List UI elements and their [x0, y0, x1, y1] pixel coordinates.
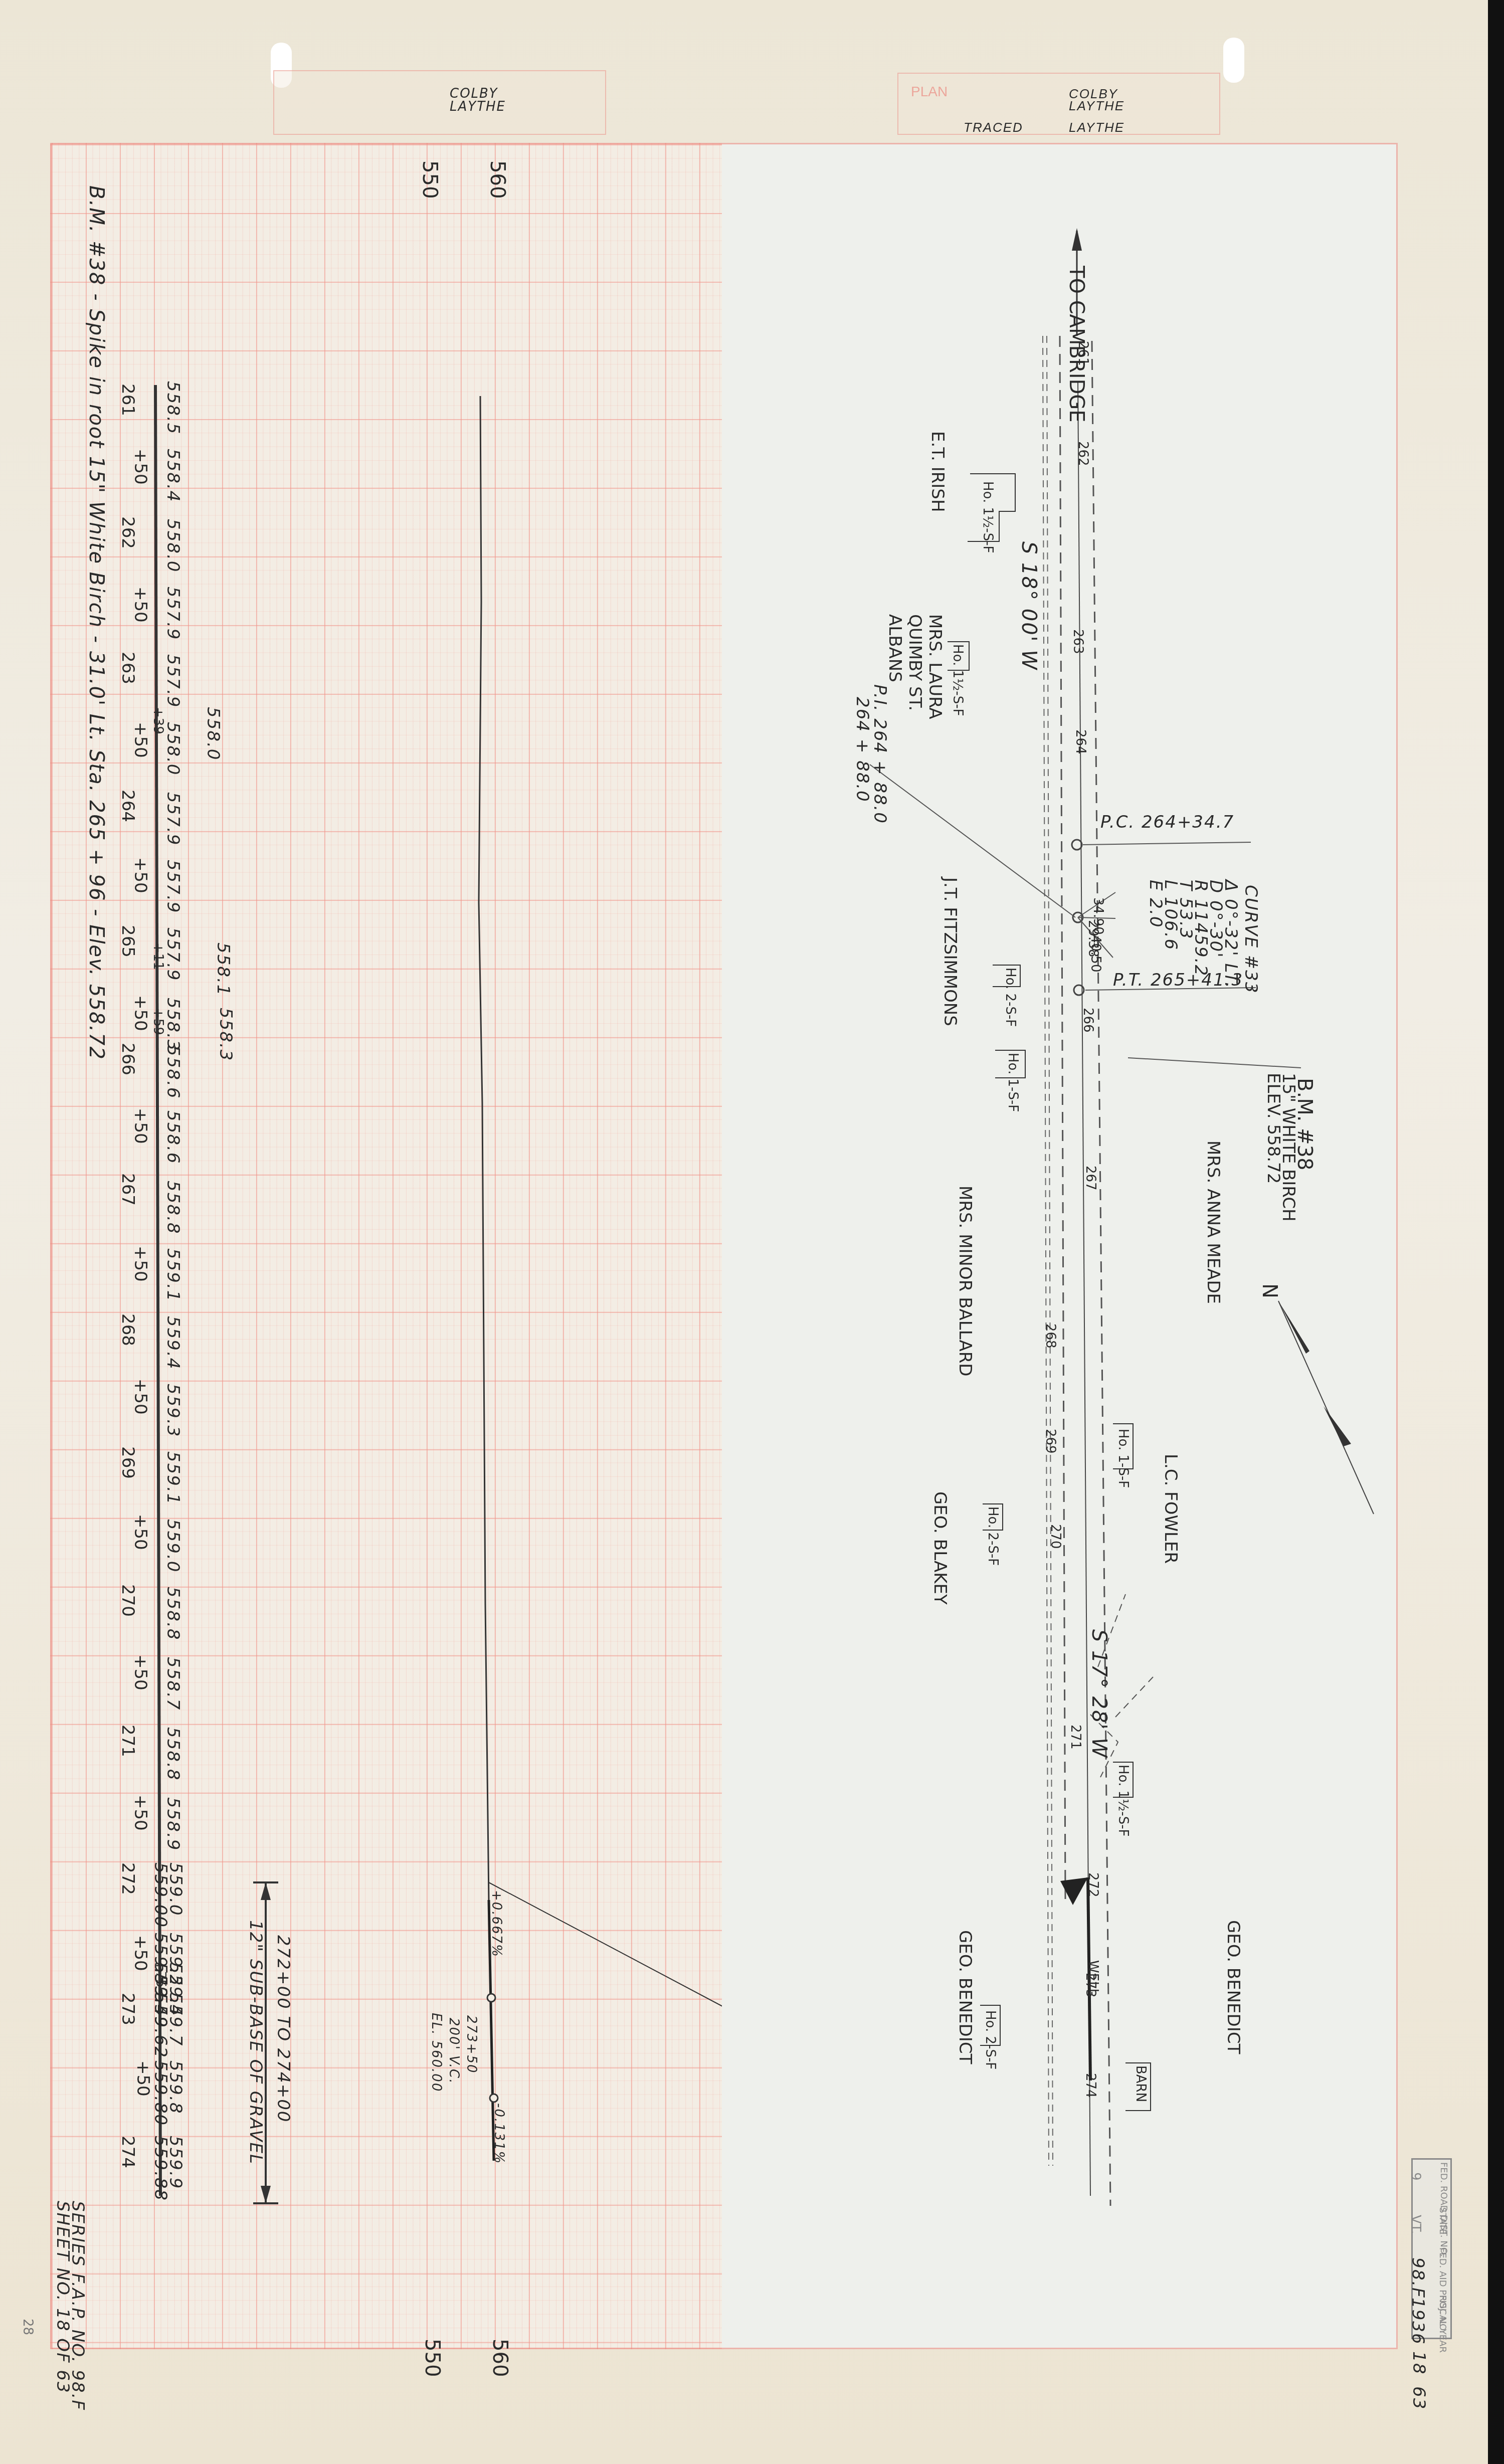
owner-label: J.T. FITZSIMMONS: [940, 877, 960, 1026]
bm-line2: ELEV. 558.72: [1263, 1073, 1283, 1184]
house-label: Ho. 1½-S-F: [980, 481, 995, 553]
plan-linework: [0, 0, 1504, 2464]
owner-label: GEO. BENEDICT: [955, 1930, 975, 2064]
drawing-sheet: COLBY LAYTHE PLAN COLBY LAYTHE TRACED LA…: [0, 0, 1504, 2464]
curve-title: CURVE #33: [1241, 885, 1261, 994]
stamp-district: 9: [1408, 2172, 1423, 2181]
stamp-header: FISCAL YEAR: [1437, 2295, 1448, 2353]
station-tick: 268: [1043, 1323, 1058, 1349]
house-label: Ho. 2-S-F: [985, 1506, 1000, 1566]
house-label: Ho. 1½-S-F: [950, 644, 965, 716]
house-label: Ho. 1½-S-F: [1115, 1765, 1131, 1837]
stamp-total: 63: [1409, 2386, 1429, 2410]
well-label: WELL: [1085, 1960, 1100, 1996]
house-label: Ho. 2-S-F: [1003, 968, 1018, 1027]
station-tick: 266: [1080, 1008, 1095, 1033]
stamp-sheet: 18: [1409, 2351, 1429, 2375]
stamp-project: 98.F: [1408, 2257, 1428, 2299]
owner-label: MRS. ANNA MEADE: [1203, 1141, 1223, 1304]
project-stamp: FED. ROAD DIST. NO. 9 STATE VT. FED. AID…: [1411, 2158, 1452, 2339]
owner-label: GEO. BLAKEY: [930, 1491, 950, 1605]
owner-label: E.T. IRISH: [927, 431, 948, 512]
station-tick: 262: [1075, 441, 1090, 466]
north-label: N: [1258, 1283, 1281, 1298]
station-tick: 264: [1073, 729, 1088, 754]
station-tick: 274: [1083, 2073, 1098, 2098]
owner-label: L.C. FOWLER: [1161, 1454, 1181, 1564]
station-tick: 270: [1048, 1524, 1063, 1549]
owner-label: GEO. BENEDICT: [1223, 1920, 1243, 2054]
owner-label: MRS. LAURA QUIMBY ST. ALBANS: [885, 614, 945, 724]
tie-distance: 40.50: [1088, 935, 1103, 972]
stamp-header: STATE: [1437, 2207, 1448, 2234]
owner-label: MRS. MINOR BALLARD: [955, 1186, 975, 1376]
pi-line2: 264 + 88.0: [852, 697, 872, 803]
house-label: Ho. 2-S-F: [983, 2010, 998, 2069]
stamp-year: 1936: [1408, 2298, 1428, 2345]
station-tick: 271: [1068, 1725, 1083, 1750]
bearing-1: S 18° 00' W: [1017, 541, 1040, 671]
station-tick: 263: [1070, 629, 1085, 654]
curve-external: E 2.0: [1146, 880, 1166, 928]
stamp-state: VT.: [1408, 2215, 1423, 2234]
barn-label: BARN: [1133, 2065, 1148, 2102]
station-tick: 272: [1085, 1872, 1100, 1898]
house-label: Ho. 1-S-F: [1005, 1053, 1020, 1112]
station-tick: 261: [1075, 341, 1090, 366]
scan-edge: [1488, 0, 1504, 2464]
station-tick: 269: [1043, 1429, 1058, 1454]
bearing-2: S 17° 28' W: [1087, 1629, 1110, 1759]
house-label: Ho. 1-S-F: [1115, 1429, 1131, 1488]
pc-label: P.C. 264+34.7: [1100, 812, 1234, 832]
station-tick: 267: [1083, 1166, 1098, 1191]
